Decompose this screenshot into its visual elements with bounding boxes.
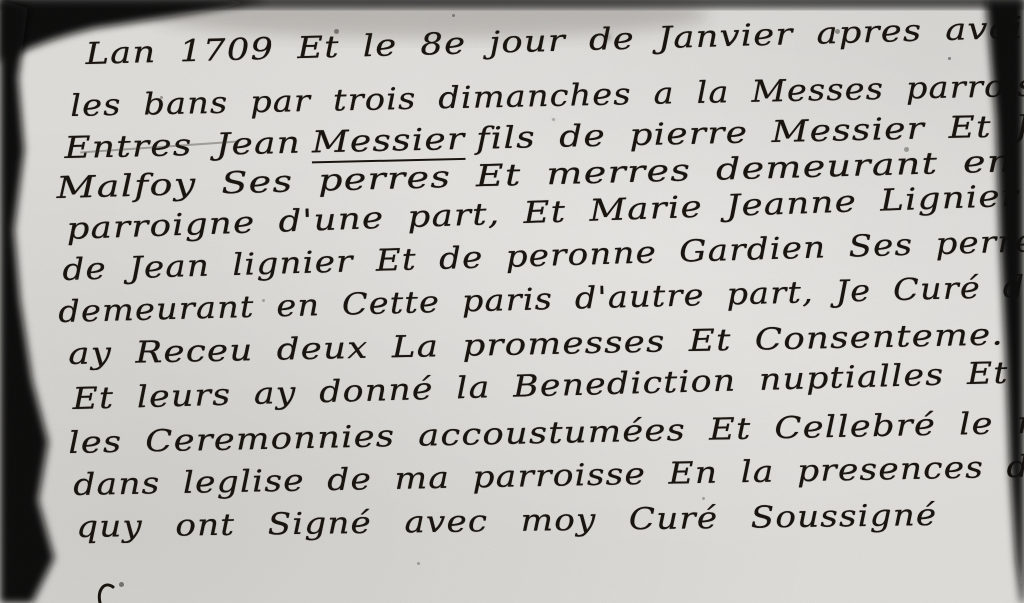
manuscript-line: quy ont Signé avec moy Curé Soussigné <box>76 499 938 545</box>
manuscript-line: Lan 1709 Et le 8e jour de Janvier apres … <box>85 8 1024 72</box>
line-text: Lan 1709 Et le 8e jour de Janvier apres … <box>85 7 1024 72</box>
manuscript-scan: Lan 1709 Et le 8e jour de Janvier apres … <box>0 0 1024 603</box>
ink-specks <box>0 0 3 3</box>
line-text: quy ont Signé avec moy Curé Soussigné <box>76 498 938 545</box>
groom-surname-underlined: Messier <box>311 122 465 163</box>
manuscript-text: Lan 1709 Et le 8e jour de Janvier apres … <box>0 0 1024 603</box>
